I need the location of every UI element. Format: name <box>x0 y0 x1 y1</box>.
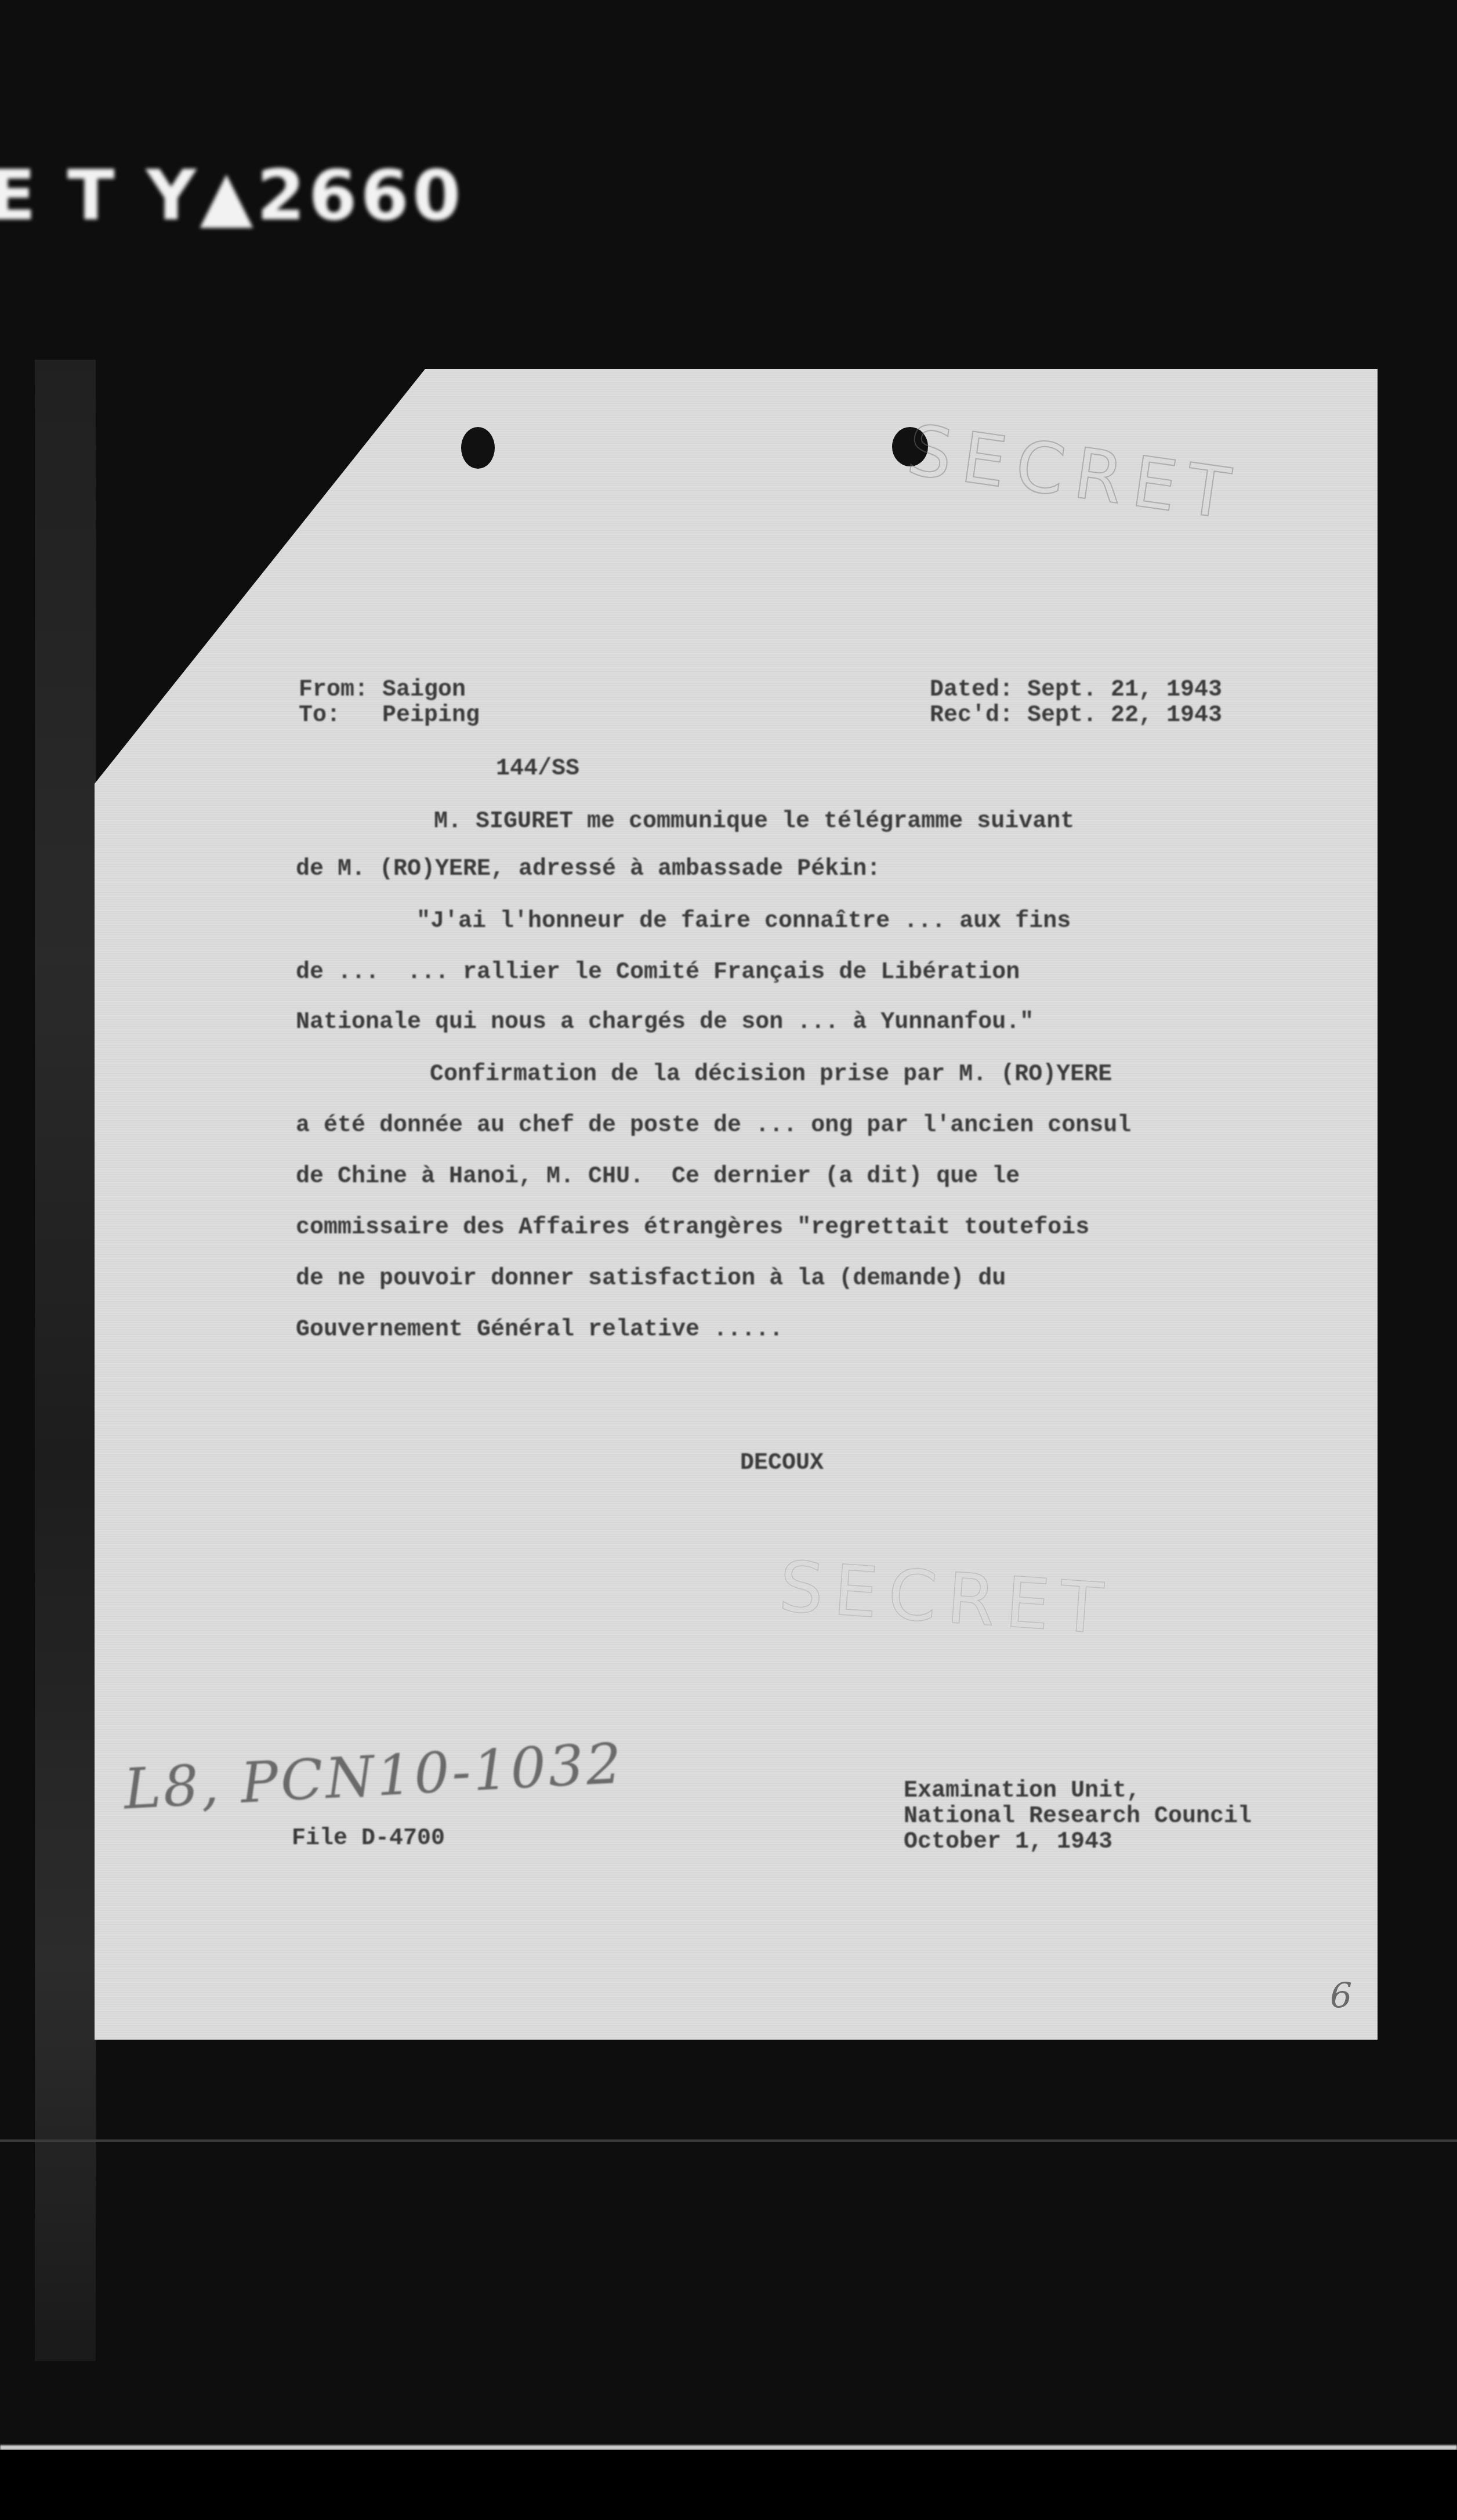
document-page: SECRET From: Saigon To: Peiping Dated: S… <box>95 369 1378 2040</box>
body-line: "J'ai l'honneur de faire connaître ... a… <box>416 908 1071 935</box>
dated-line: Dated: Sept. 21, 1943 <box>930 678 1222 703</box>
secret-stamp-middle: SECRET <box>777 1547 1116 1650</box>
footer-council: National Research Council <box>904 1804 1252 1830</box>
footer-unit: Examination Unit, <box>904 1779 1140 1804</box>
to-value: Peiping <box>382 703 480 729</box>
film-bottom-edge <box>0 2445 1457 2450</box>
film-scratch-line <box>0 2139 1457 2142</box>
footer-date: October 1, 1943 <box>904 1830 1112 1855</box>
to-line: To: Peiping <box>299 703 480 729</box>
received-value: Sept. 22, 1943 <box>1027 703 1222 729</box>
body-line: de ne pouvoir donner satisfaction à la (… <box>296 1266 1006 1292</box>
message-reference: 144/SS <box>496 756 579 782</box>
film-bottom-border <box>0 2450 1457 2520</box>
from-label: From: <box>299 677 368 703</box>
received-line: Rec'd: Sept. 22, 1943 <box>930 703 1222 729</box>
film-frame-code: E T Y▲2660 <box>0 155 465 236</box>
body-line: Gouvernement Général relative ..... <box>296 1317 783 1343</box>
body-line: M. SIGURET me communique le télégramme s… <box>434 809 1074 835</box>
body-line: de Chine à Hanoi, M. CHU. Ce dernier (a … <box>296 1164 1020 1190</box>
from-line: From: Saigon <box>299 678 466 703</box>
body-line: Nationale qui nous a chargés de son ... … <box>296 1009 1034 1035</box>
body-line: a été donnée au chef de poste de ... ong… <box>296 1113 1131 1139</box>
body-line: de M. (RO)YERE, adressé à ambassade Péki… <box>296 856 880 882</box>
dated-value: Sept. 21, 1943 <box>1027 677 1222 703</box>
film-strip-edge <box>35 360 96 2361</box>
signature: DECOUX <box>740 1450 824 1476</box>
handwritten-page-number: 6 <box>1330 1976 1352 2016</box>
body-line: de ... ... rallier le Comité Français de… <box>296 960 1020 986</box>
handwritten-file-note: L8, PCN10-1032 <box>122 1730 625 1822</box>
dated-label: Dated: <box>930 677 1013 703</box>
secret-stamp-top: SECRET <box>903 410 1245 537</box>
punch-hole-left <box>461 427 495 469</box>
body-line: commissaire des Affaires étrangères "reg… <box>296 1215 1089 1241</box>
received-label: Rec'd: <box>930 703 1013 729</box>
body-line: Confirmation de la décision prise par M.… <box>430 1062 1112 1088</box>
to-label: To: <box>299 703 340 729</box>
file-number: File D-4700 <box>292 1826 445 1852</box>
from-value: Saigon <box>382 677 466 703</box>
